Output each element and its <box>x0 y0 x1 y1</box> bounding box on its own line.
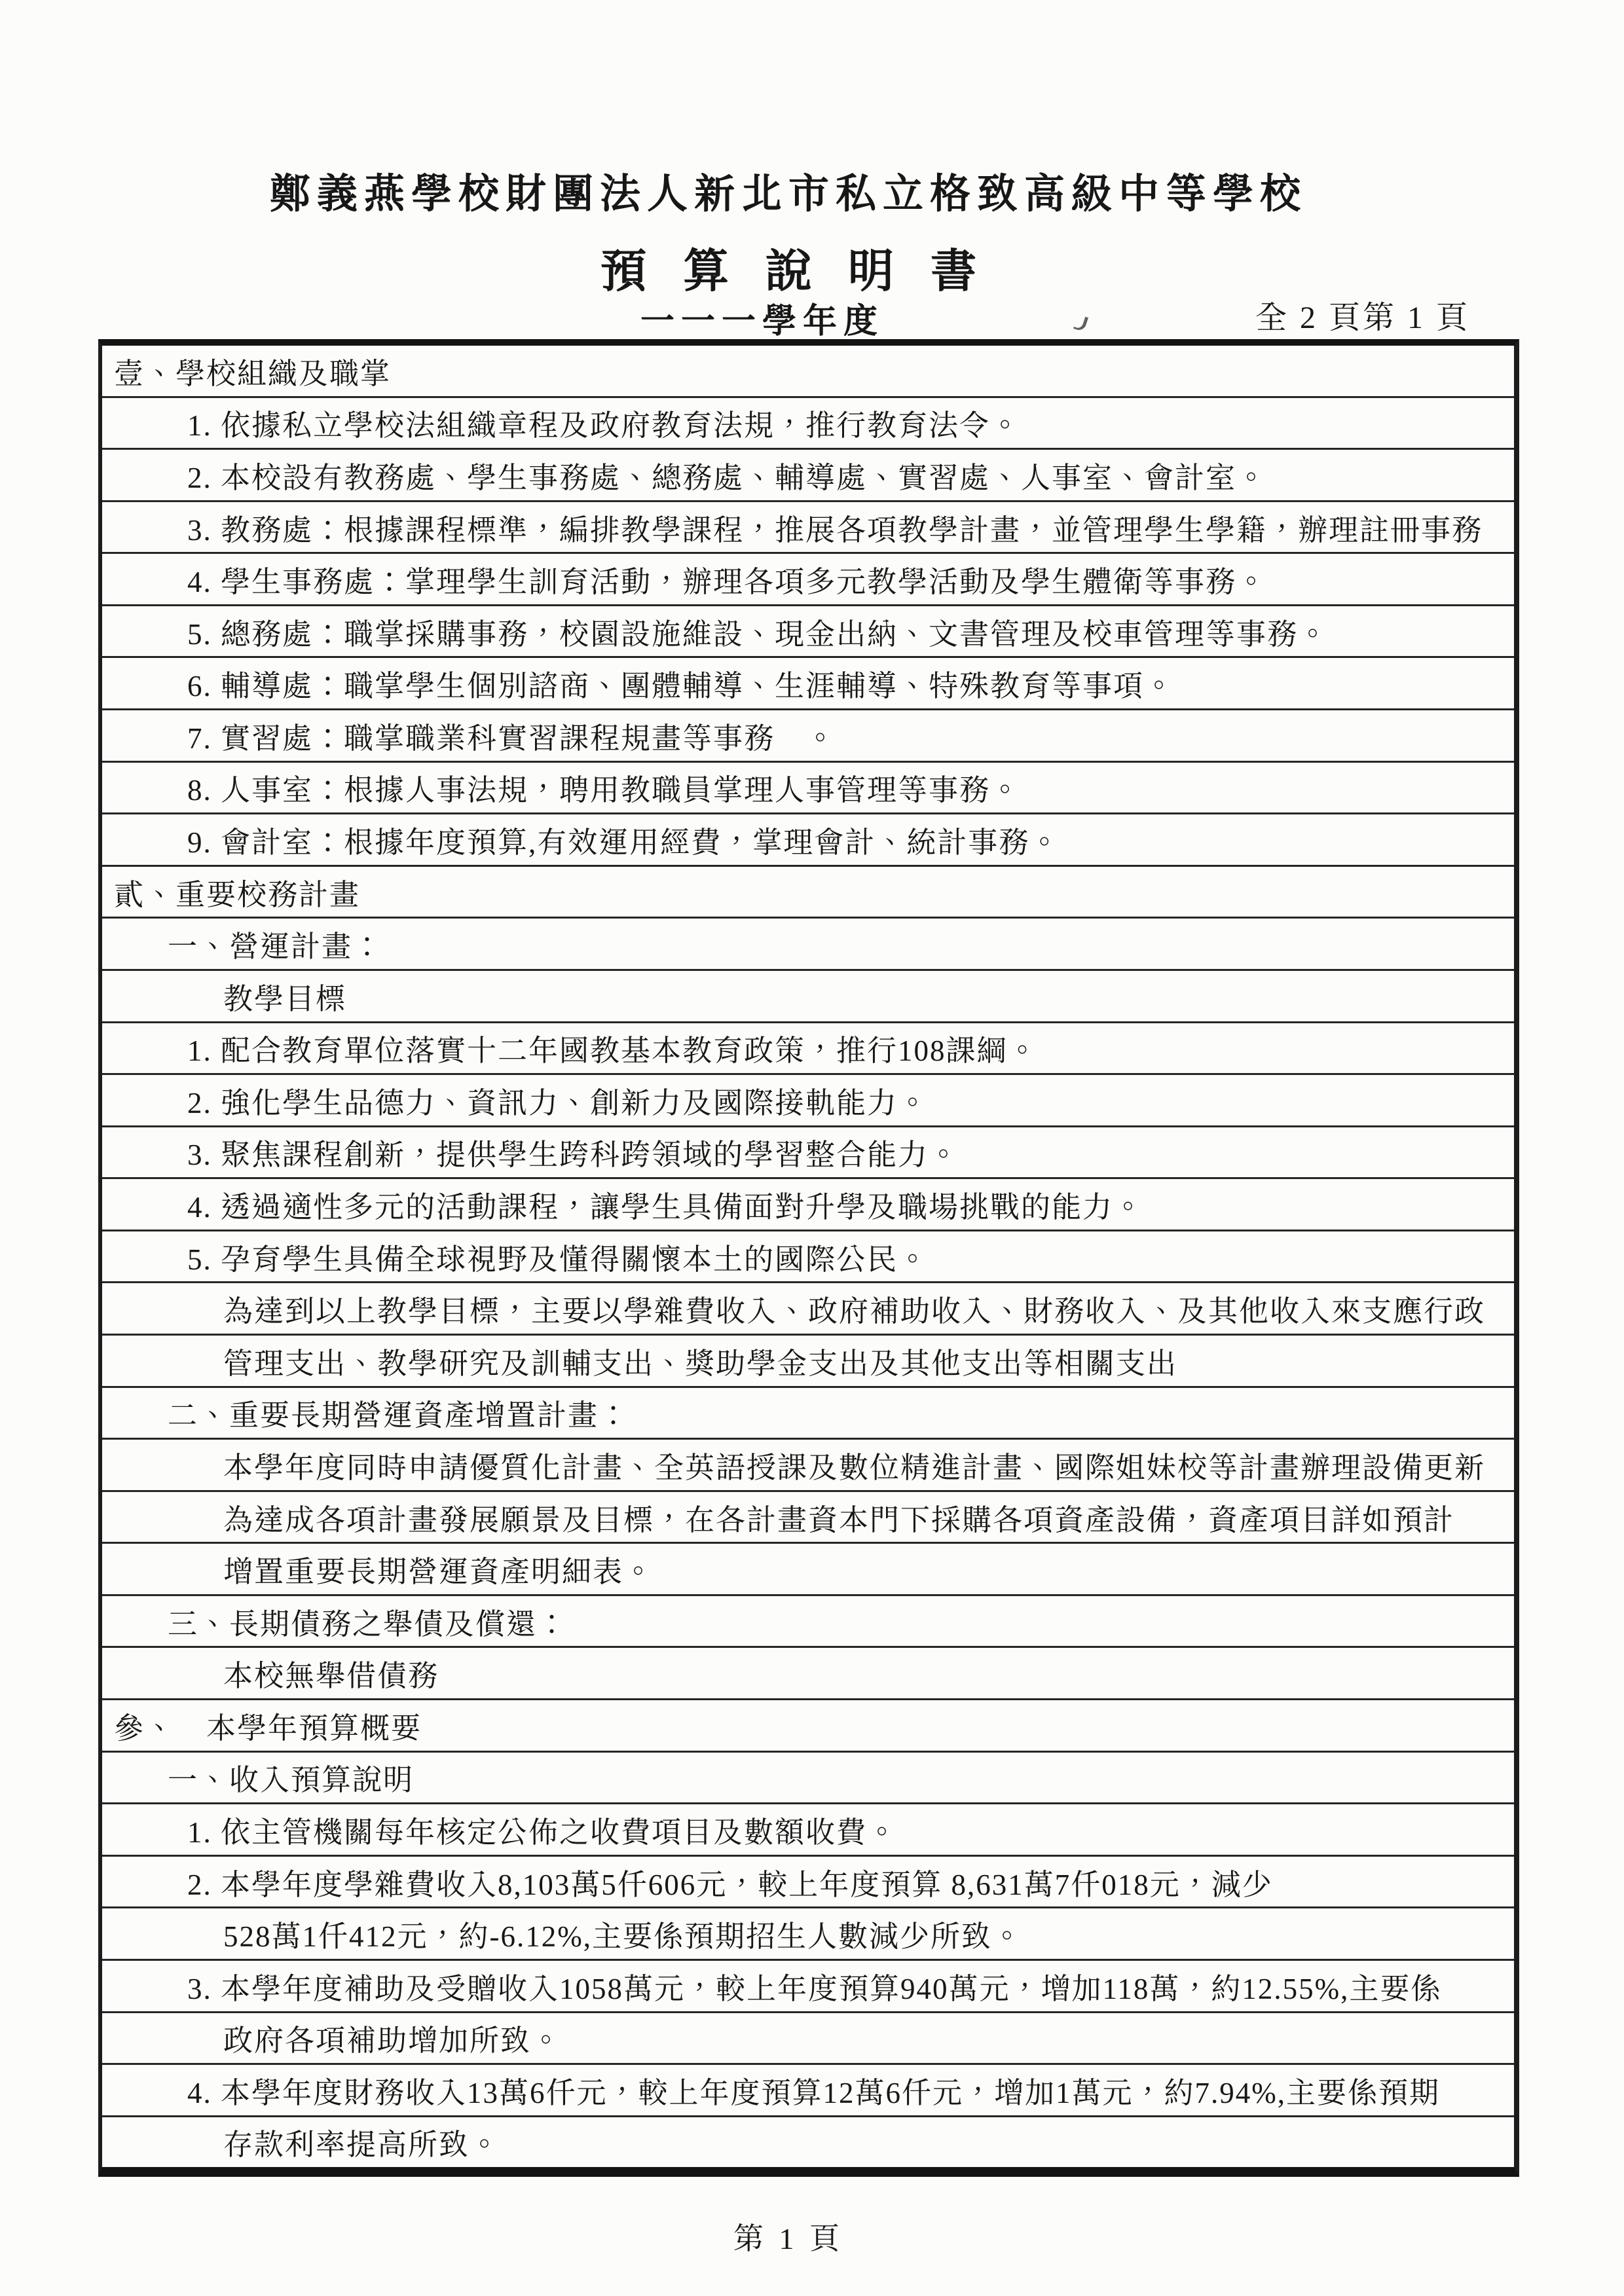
table-row-text: 參、 本學年預算概要 <box>114 1704 422 1747</box>
page-number-footer: 第 1 頁 <box>0 2215 1600 2258</box>
table-row: 4. 透過適性多元的活動課程，讓學生具備面對升學及職場挑戰的能力。 <box>102 1177 1514 1230</box>
table-row: 528萬1仟412元，約-6.12%,主要係預期招生人數減少所致。 <box>102 1906 1514 1959</box>
table-row-text: 存款利率提高所致。 <box>223 2121 500 2163</box>
table-row-text: 本學年度同時申請優質化計畫、全英語授課及數位精進計畫、國際姐妹校等計畫辦理設備更… <box>223 1444 1485 1486</box>
table-row: 為達成各項計畫發展願景及目標，在各計畫資本門下採購各項資產設備，資產項目詳如預計 <box>102 1490 1514 1542</box>
table-row-text: 5. 總務處：職掌採購事務，校園設施維設、現金出納、文書管理及校車管理等事務。 <box>187 610 1329 653</box>
table-row-text: 管理支出、教學研究及訓輔支出、獎助學金支出及其他支出等相關支出 <box>223 1339 1177 1382</box>
table-row-text: 8. 人事室：根據人事法規，聘用教職員掌理人事管理等事務。 <box>187 766 1021 809</box>
table-row-text: 7. 實習處：職掌職業科實習課程規畫等事務 。 <box>187 714 836 757</box>
table-row-text: 政府各項補助增加所致。 <box>223 2016 562 2059</box>
table-row-text: 三、長期債務之舉債及償還： <box>168 1600 568 1643</box>
table-row: 一、營運計畫： <box>102 917 1514 969</box>
table-row: 貳、重要校務計畫 <box>102 865 1514 917</box>
table-row: 增置重要長期營運資產明細表。 <box>102 1542 1514 1594</box>
table-row-text: 1. 配合教育單位落實十二年國教基本教育政策，推行108課綱。 <box>187 1027 1039 1069</box>
table-row: 2. 本校設有教務處、學生事務處、總務處、輔導處、實習處、人事室、會計室。 <box>102 448 1514 500</box>
table-row: 7. 實習處：職掌職業科實習課程規畫等事務 。 <box>102 708 1514 761</box>
table-row: 5. 孕育學生具備全球視野及懂得關懷本土的國際公民。 <box>102 1230 1514 1282</box>
table-row: 1. 依主管機關每年核定公佈之收費項目及數額收費。 <box>102 1802 1514 1855</box>
table-row-text: 貳、重要校務計畫 <box>114 871 360 913</box>
table-row: 為達到以上教學目標，主要以學雜費收入、政府補助收入、財務收入、及其他收入來支應行… <box>102 1281 1514 1334</box>
table-row: 6. 輔導處：職掌學生個別諮商、團體輔導、生涯輔導、特殊教育等事項。 <box>102 656 1514 708</box>
table-row: 教學目標 <box>102 969 1514 1021</box>
table-row-text: 6. 輔導處：職掌學生個別諮商、團體輔導、生涯輔導、特殊教育等事項。 <box>187 662 1175 704</box>
table-row-text: 1. 依據私立學校法組織章程及政府教育法規，推行教育法令。 <box>187 401 1021 444</box>
table-row: 一、收入預算說明 <box>102 1751 1514 1803</box>
table-row: 政府各項補助增加所致。 <box>102 2011 1514 2064</box>
table-row-text: 1. 依主管機關每年核定公佈之收費項目及數額收費。 <box>187 1808 898 1851</box>
table-row: 1. 依據私立學校法組織章程及政府教育法規，推行教育法令。 <box>102 396 1514 448</box>
table-row: 三、長期債務之舉債及償還： <box>102 1594 1514 1647</box>
page-count-label: 全 2 頁第 1 頁 <box>1255 292 1470 337</box>
table-row-text: 2. 強化學生品德力、資訊力、創新力及國際接軌能力。 <box>187 1079 929 1121</box>
table-row-text: 2. 本校設有教務處、學生事務處、總務處、輔導處、實習處、人事室、會計室。 <box>187 454 1267 496</box>
table-row-text: 2. 本學年度學雜費收入8,103萬5仟606元，較上年度預算 8,631萬7仟… <box>187 1861 1273 1903</box>
table-row-text: 一、營運計畫： <box>168 922 383 965</box>
table-row: 參、 本學年預算概要 <box>102 1698 1514 1751</box>
table-row-text: 為達到以上教學目標，主要以學雜費收入、政府補助收入、財務收入、及其他收入來支應行… <box>223 1287 1485 1330</box>
table-row: 二、重要長期營運資產增置計畫： <box>102 1386 1514 1438</box>
table-row: 8. 人事室：根據人事法規，聘用教職員掌理人事管理等事務。 <box>102 761 1514 813</box>
table-row: 壹、學校組織及職掌 <box>102 346 1514 396</box>
table-row: 4. 學生事務處：掌理學生訓育活動，辦理各項多元教學活動及學生體衛等事務。 <box>102 552 1514 604</box>
table-row-text: 增置重要長期營運資產明細表。 <box>223 1548 654 1590</box>
scanned-budget-document-page: 鄭義燕學校財團法人新北市私立格致高級中等學校 預算說明書 一一一學年度 全 2 … <box>0 0 1624 2296</box>
document-title: 預算說明書 <box>0 234 1600 301</box>
table-row-text: 9. 會計室：根據年度預算,有效運用經費，掌理會計、統計事務。 <box>187 818 1060 861</box>
table-row-text: 4. 本學年度財務收入13萬6仟元，較上年度預算12萬6仟元，增加1萬元，約7.… <box>187 2069 1440 2111</box>
table-row-text: 一、收入預算說明 <box>168 1756 414 1798</box>
table-row-text: 4. 學生事務處：掌理學生訓育活動，辦理各項多元教學活動及學生體衛等事務。 <box>187 558 1267 600</box>
table-row: 存款利率提高所致。 <box>102 2115 1514 2168</box>
table-row: 2. 強化學生品德力、資訊力、創新力及國際接軌能力。 <box>102 1073 1514 1125</box>
table-row-text: 3. 本學年度補助及受贈收入1058萬元，較上年度預算940萬元，增加118萬，… <box>187 1965 1441 2007</box>
table-row-text: 二、重要長期營運資產增置計畫： <box>168 1391 629 1434</box>
table-row: 1. 配合教育單位落實十二年國教基本教育政策，推行108課綱。 <box>102 1021 1514 1074</box>
table-row: 4. 本學年度財務收入13萬6仟元，較上年度預算12萬6仟元，增加1萬元，約7.… <box>102 2063 1514 2115</box>
table-row: 本學年度同時申請優質化計畫、全英語授課及數位精進計畫、國際姐妹校等計畫辦理設備更… <box>102 1438 1514 1490</box>
school-name-title: 鄭義燕學校財團法人新北市私立格致高級中等學校 <box>0 161 1600 219</box>
table-row-text: 3. 聚焦課程創新，提供學生跨科跨領域的學習整合能力。 <box>187 1131 959 1173</box>
table-row-text: 教學目標 <box>223 975 346 1017</box>
table-row-text: 5. 孕育學生具備全球視野及懂得關懷本土的國際公民。 <box>187 1235 929 1278</box>
table-row-text: 3. 教務處：根據課程標準，編排教學課程，推展各項教學計畫，並管理學生學籍，辦理… <box>187 506 1483 549</box>
table-row-text: 528萬1仟412元，約-6.12%,主要係預期招生人數減少所致。 <box>223 1912 1023 1955</box>
table-row-text: 4. 透過適性多元的活動課程，讓學生具備面對升學及職場挑戰的能力。 <box>187 1183 1144 1226</box>
table-row: 3. 聚焦課程創新，提供學生跨科跨領域的學習整合能力。 <box>102 1125 1514 1178</box>
table-row: 5. 總務處：職掌採購事務，校園設施維設、現金出納、文書管理及校車管理等事務。 <box>102 604 1514 657</box>
table-row: 3. 教務處：根據課程標準，編排教學課程，推展各項教學計畫，並管理學生學籍，辦理… <box>102 500 1514 553</box>
table-row: 3. 本學年度補助及受贈收入1058萬元，較上年度預算940萬元，增加118萬，… <box>102 1959 1514 2011</box>
table-row-text: 本校無舉借債務 <box>223 1652 439 1694</box>
table-row: 9. 會計室：根據年度預算,有效運用經費，掌理會計、統計事務。 <box>102 812 1514 865</box>
table-row: 管理支出、教學研究及訓輔支出、獎助學金支出及其他支出等相關支出 <box>102 1334 1514 1386</box>
table-row-text: 為達成各項計畫發展願景及目標，在各計畫資本門下採購各項資產設備，資產項目詳如預計 <box>223 1496 1454 1539</box>
budget-table: 壹、學校組織及職掌 1. 依據私立學校法組織章程及政府教育法規，推行教育法令。 … <box>98 339 1519 2177</box>
table-row-text: 壹、學校組織及職掌 <box>114 350 391 392</box>
table-row: 2. 本學年度學雜費收入8,103萬5仟606元，較上年度預算 8,631萬7仟… <box>102 1855 1514 1907</box>
table-row: 本校無舉借債務 <box>102 1646 1514 1698</box>
